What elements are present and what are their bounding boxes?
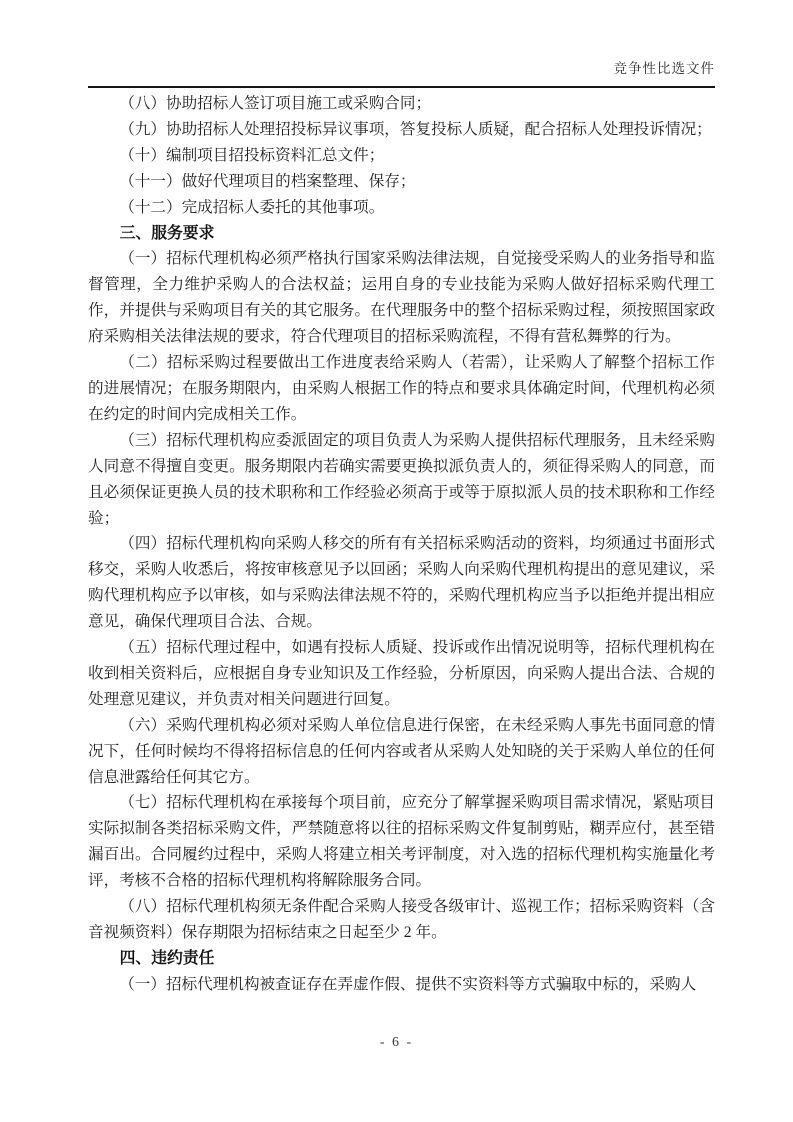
list-item-12: （十二）完成招标人委托的其他事项。 (88, 195, 715, 221)
clause-paragraph-2: （二）招标采购过程要做出工作进度表给采购人（若需），让采购人了解整个招标工作的进… (88, 350, 715, 428)
section-heading-breach-liability: 四、违约责任 (88, 946, 715, 972)
clause-paragraph-6: （六）采购代理机构必须对采购人单位信息进行保密，在未经采购人事先书面同意的情况下… (88, 713, 715, 791)
list-item-9: （九）协助招标人处理招投标异议事项，答复投标人质疑，配合招标人处理投诉情况； (88, 117, 715, 143)
breach-clause-paragraph-1: （一）招标代理机构被查证存在弄虚作假、提供不实资料等方式骗取中标的，采购人 (88, 972, 715, 998)
header-doc-title: 竞争性比选文件 (614, 61, 716, 76)
document-body: （八）协助招标人签订项目施工或采购合同； （九）协助招标人处理招投标异议事项，答… (88, 91, 715, 998)
list-item-8: （八）协助招标人签订项目施工或采购合同； (88, 91, 715, 117)
page-number: - 6 - (380, 1035, 413, 1050)
clause-paragraph-4: （四）招标代理机构向采购人移交的所有有关招标采购活动的资料，均须通过书面形式移交… (88, 531, 715, 635)
clause-paragraph-7: （七）招标代理机构在承接每个项目前，应充分了解掌握采购项目需求情况，紧贴项目实际… (88, 790, 715, 894)
clause-paragraph-3: （三）招标代理机构应委派固定的项目负责人为采购人提供招标代理服务，且未经采购人同… (88, 428, 715, 532)
section-heading-service-requirements: 三、服务要求 (88, 221, 715, 247)
page-header: 竞争性比选文件 (88, 60, 715, 88)
clause-paragraph-5: （五）招标代理过程中，如遇有投标人质疑、投诉或作出情况说明等，招标代理机构在收到… (88, 635, 715, 713)
list-item-10: （十）编制项目招投标资料汇总文件； (88, 143, 715, 169)
page-footer: - 6 - (0, 1034, 793, 1052)
list-item-11: （十一）做好代理项目的档案整理、保存； (88, 169, 715, 195)
clause-paragraph-1: （一）招标代理机构必须严格执行国家采购法律法规，自觉接受采购人的业务指导和监督管… (88, 246, 715, 350)
clause-paragraph-8: （八）招标代理机构须无条件配合采购人接受各级审计、巡视工作；招标采购资料（含音视… (88, 894, 715, 946)
document-page: 竞争性比选文件 （八）协助招标人签订项目施工或采购合同； （九）协助招标人处理招… (0, 0, 793, 1122)
